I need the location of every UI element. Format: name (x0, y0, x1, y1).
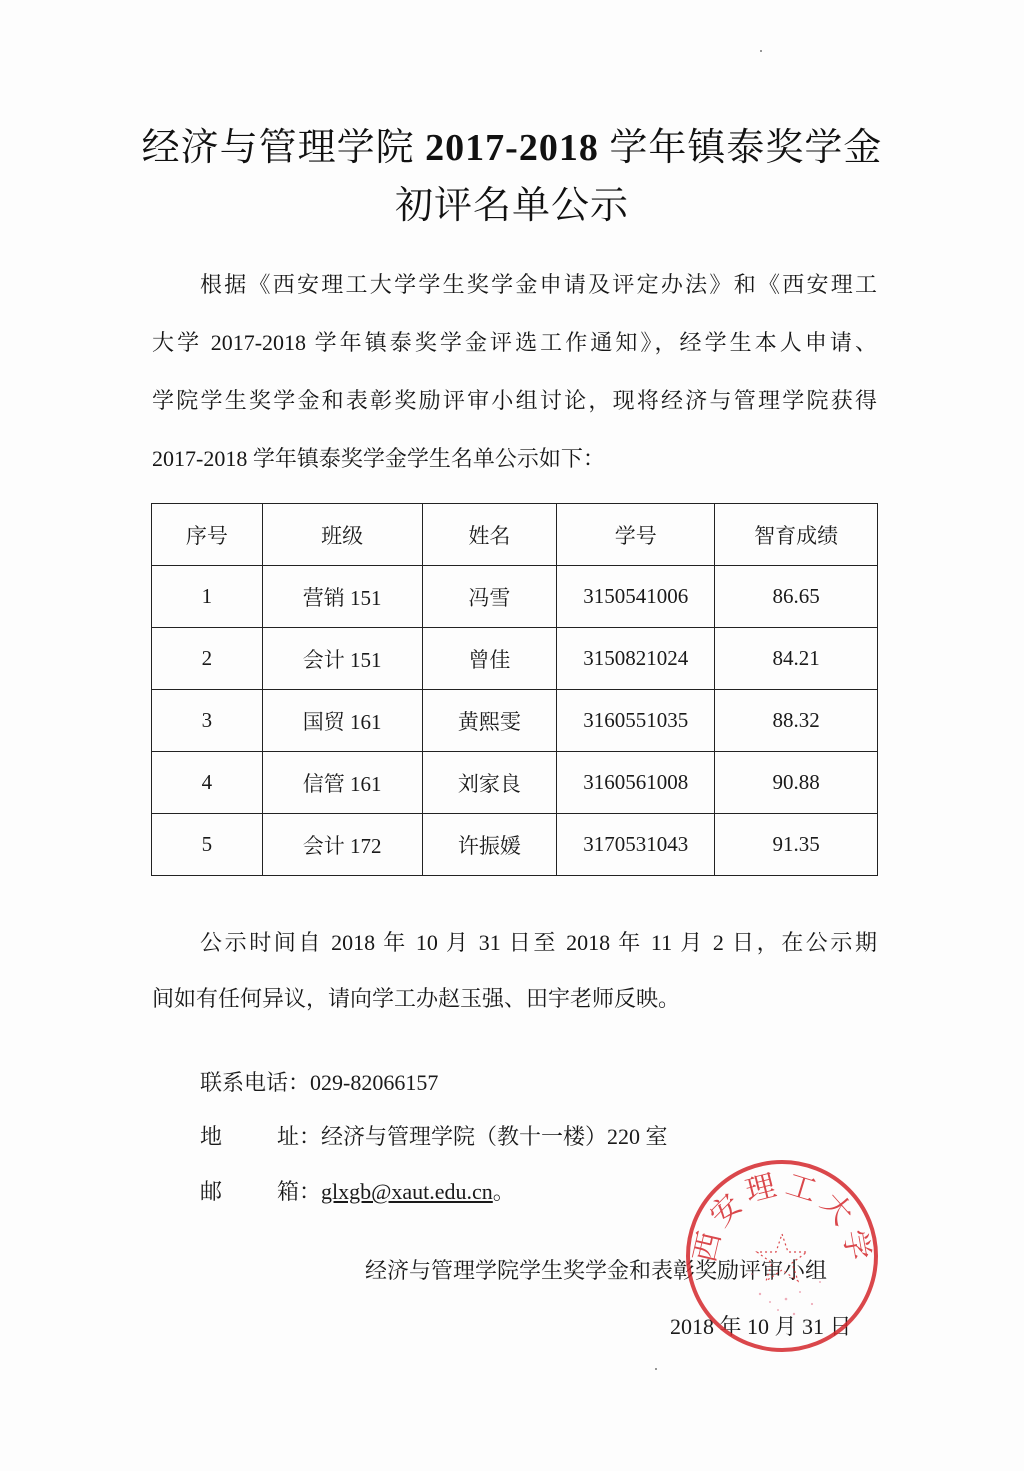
scan-speck (760, 50, 762, 52)
intro-line-1: 根据《西安理工大学学生奖学金申请及评定办法》和《西安理工 (200, 268, 877, 299)
header-name: 姓名 (422, 504, 557, 566)
seal-star-icon: 西安理工大学 (690, 1164, 874, 1348)
cell-class: 国贸 161 (262, 690, 422, 752)
cell-index: 4 (152, 752, 263, 814)
cell-index: 2 (152, 628, 263, 690)
table-row: 3 国贸 161 黄熙雯 3160551035 88.32 (152, 690, 878, 752)
cell-class: 信管 161 (262, 752, 422, 814)
cell-class: 会计 172 (262, 814, 422, 876)
email-suffix: 。 (493, 1179, 515, 1204)
table-row: 2 会计 151 曾佳 3150821024 84.21 (152, 628, 878, 690)
header-score: 智育成绩 (715, 504, 878, 566)
intro-line-4: 2017-2018 学年镇泰奖学金学生名单公示如下： (152, 442, 877, 473)
header-student-id: 学号 (557, 504, 715, 566)
scholarship-table: 序号 班级 姓名 学号 智育成绩 1 营销 151 冯雪 3150541006 … (151, 503, 878, 876)
header-class: 班级 (262, 504, 422, 566)
table-row: 4 信管 161 刘家良 3160561008 90.88 (152, 752, 878, 814)
cell-score: 91.35 (715, 814, 878, 876)
cell-class: 营销 151 (262, 566, 422, 628)
title-line-2: 初评名单公示 (0, 180, 1024, 232)
svg-text:西安理工大学: 西安理工大学 (690, 1167, 874, 1269)
cell-name: 黄熙雯 (422, 690, 557, 752)
contact-phone: 联系电话：029-82066157 (200, 1066, 438, 1097)
cell-name: 冯雪 (422, 566, 557, 628)
cell-name: 曾佳 (422, 628, 557, 690)
official-seal: 西安理工大学 (686, 1160, 878, 1352)
intro-line-2: 大学 2017-2018 学年镇泰奖学金评选工作通知》，经学生本人申请、 (152, 326, 877, 357)
cell-score: 88.32 (715, 690, 878, 752)
title-years: 2017-2018 (425, 127, 599, 169)
address-label-part1: 地 (200, 1120, 277, 1151)
table-row: 1 营销 151 冯雪 3150541006 86.65 (152, 566, 878, 628)
cell-index: 1 (152, 566, 263, 628)
email-label-part1: 邮 (200, 1175, 277, 1206)
table-row: 5 会计 172 许振媛 3170531043 91.35 (152, 814, 878, 876)
email-label-part2: 箱： (277, 1179, 321, 1204)
document-page: 经济与管理学院 2017-2018 学年镇泰奖学金 初评名单公示 根据《西安理工… (0, 0, 1024, 1471)
cell-score: 86.65 (715, 566, 878, 628)
cell-index: 3 (152, 690, 263, 752)
notice-line-1: 公示时间自 2018 年 10 月 31 日至 2018 年 11 月 2 日，… (200, 926, 877, 957)
cell-score: 90.88 (715, 752, 878, 814)
cell-index: 5 (152, 814, 263, 876)
cell-score: 84.21 (715, 628, 878, 690)
contact-email: 邮箱：glxgb@xaut.edu.cn。 (200, 1175, 515, 1206)
phone-number: 029-82066157 (310, 1070, 438, 1095)
title-prefix: 经济与管理学院 (142, 127, 426, 169)
address-label-part2: 址： (277, 1124, 321, 1149)
cell-student-id: 3160561008 (557, 752, 715, 814)
email-link[interactable]: glxgb@xaut.edu.cn (321, 1179, 493, 1204)
address-value: 经济与管理学院（教十一楼）220 室 (321, 1124, 668, 1149)
cell-student-id: 3150541006 (557, 566, 715, 628)
cell-name: 许振媛 (422, 814, 557, 876)
cell-student-id: 3150821024 (557, 628, 715, 690)
title-suffix: 学年镇泰奖学金 (599, 127, 883, 169)
notice-line-2: 间如有任何异议，请向学工办赵玉强、田宇老师反映。 (152, 982, 877, 1013)
cell-name: 刘家良 (422, 752, 557, 814)
cell-student-id: 3160551035 (557, 690, 715, 752)
header-index: 序号 (152, 504, 263, 566)
contact-address: 地址：经济与管理学院（教十一楼）220 室 (200, 1120, 668, 1151)
table-header-row: 序号 班级 姓名 学号 智育成绩 (152, 504, 878, 566)
cell-class: 会计 151 (262, 628, 422, 690)
title-line-1: 经济与管理学院 2017-2018 学年镇泰奖学金 (0, 122, 1024, 174)
cell-student-id: 3170531043 (557, 814, 715, 876)
intro-line-3: 学院学生奖学金和表彰奖励评审小组讨论，现将经济与管理学院获得 (152, 384, 877, 415)
scan-speck (655, 1368, 657, 1370)
phone-label: 联系电话： (200, 1070, 310, 1095)
